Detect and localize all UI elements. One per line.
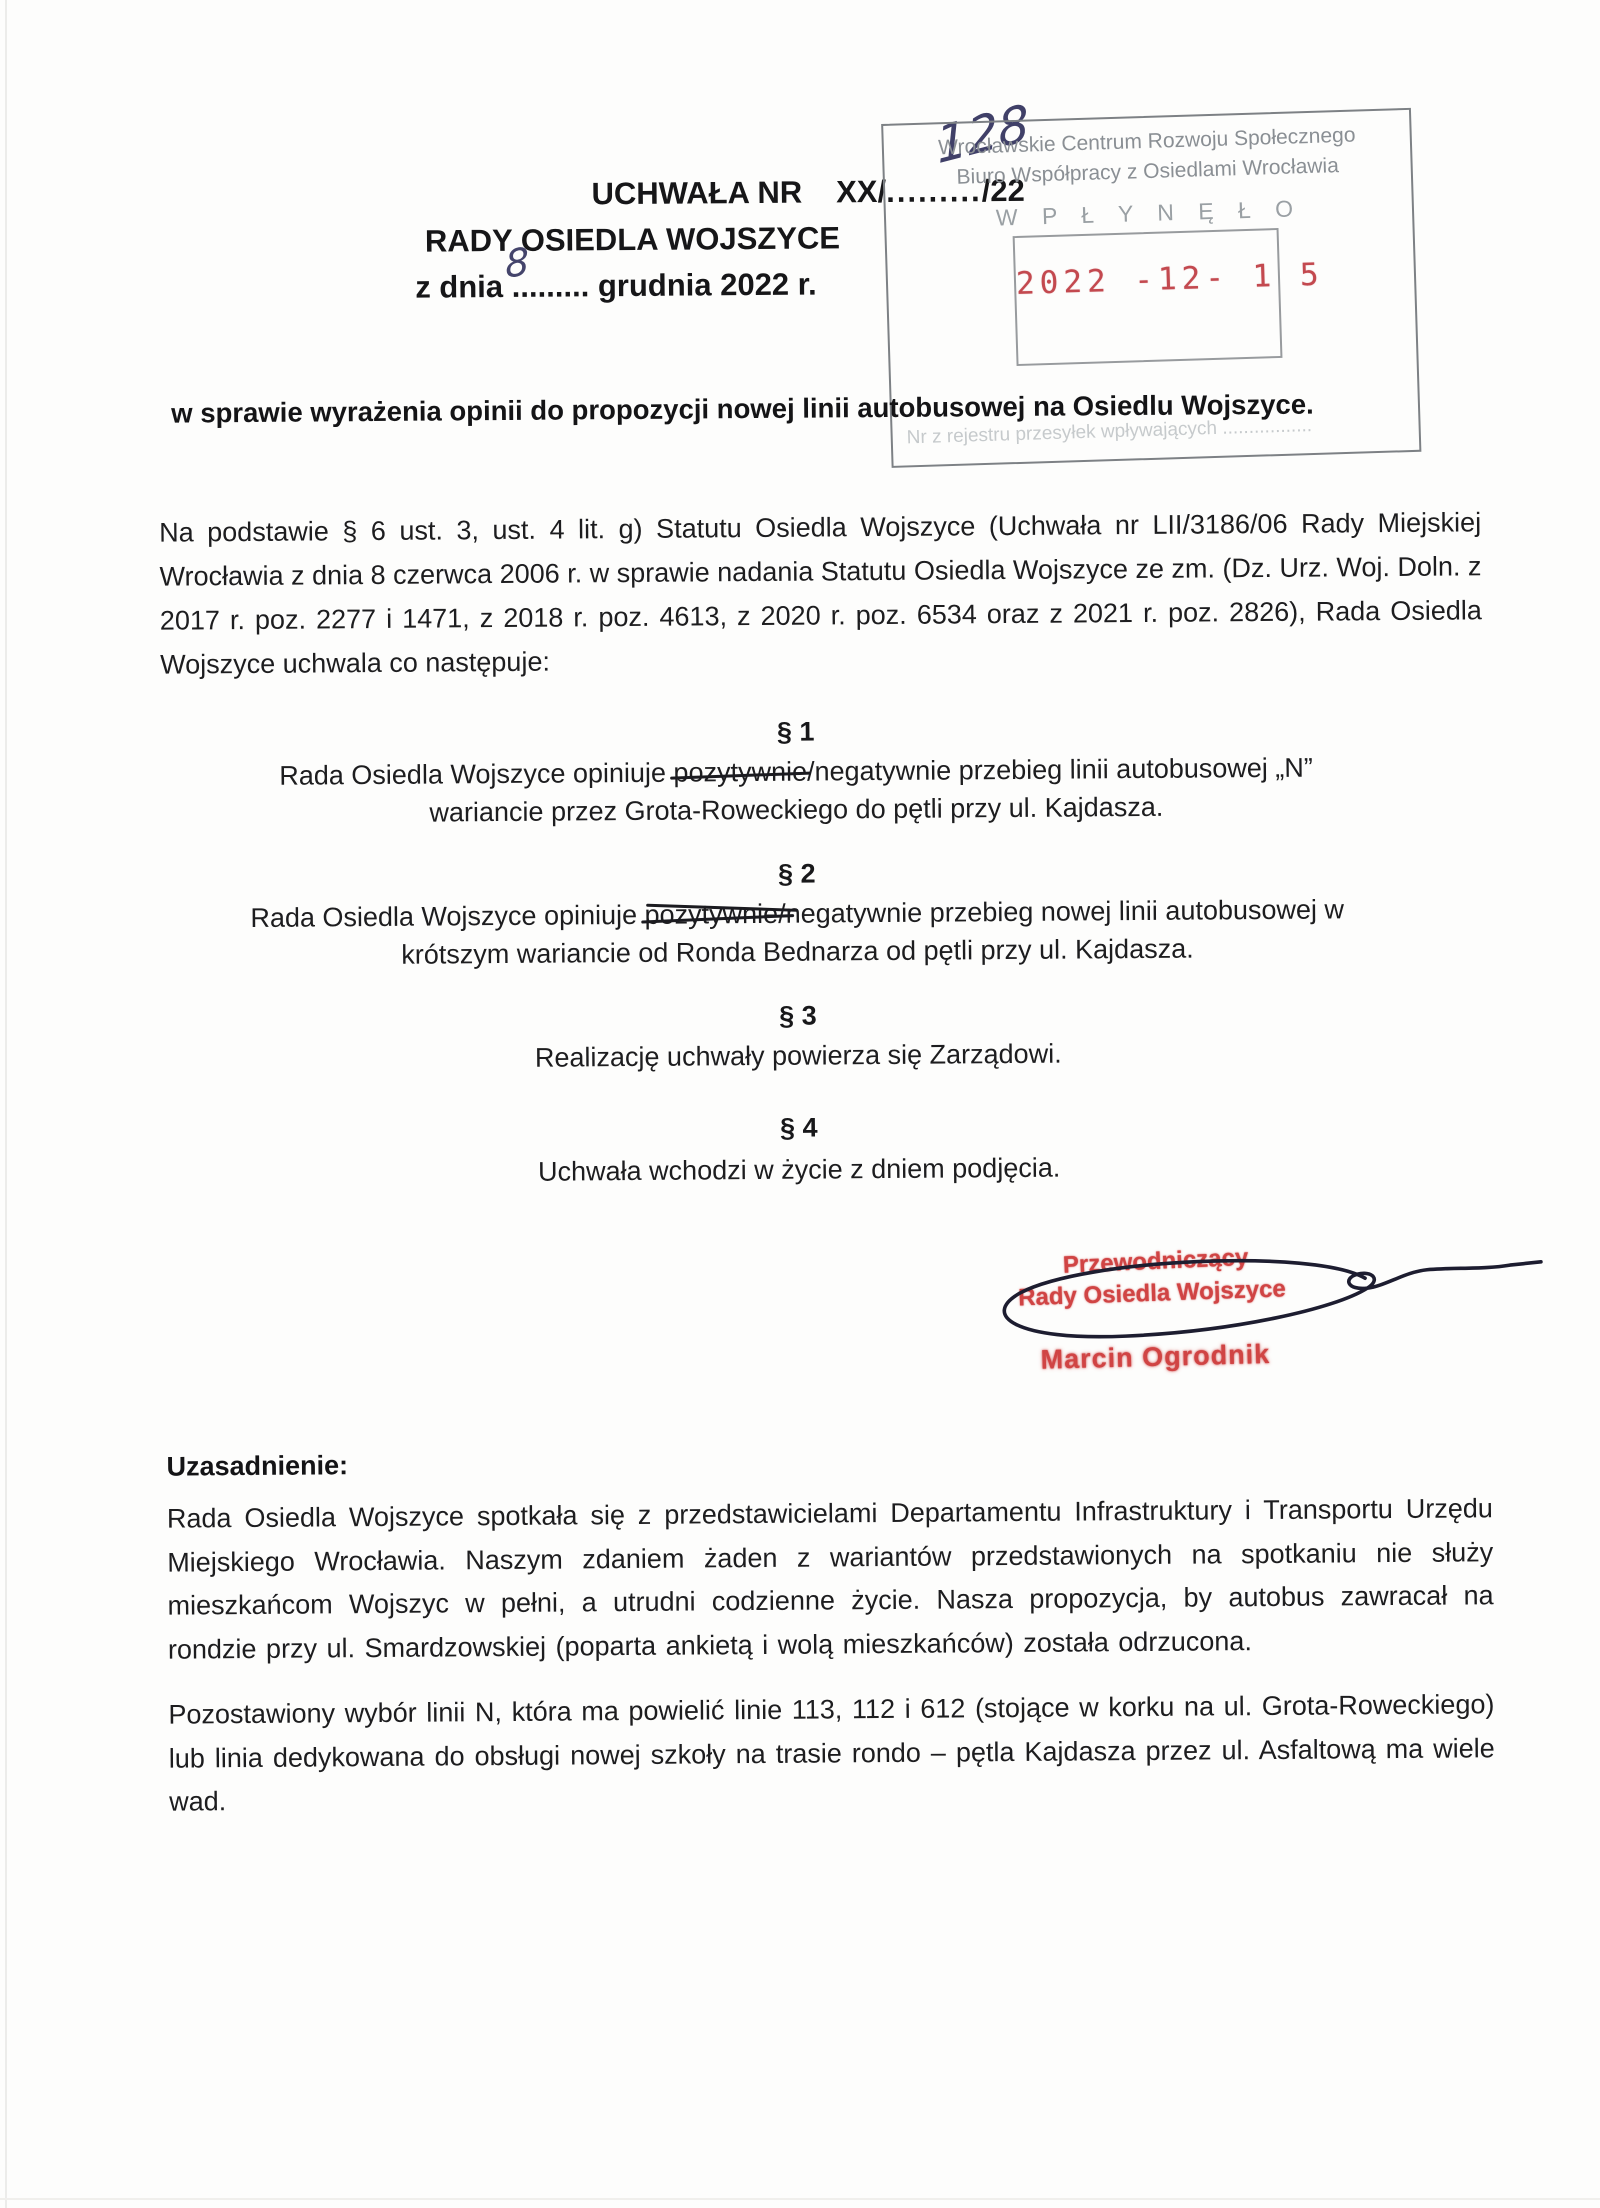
section-2-pre: Rada Osiedla Wojszyce opiniuje [250, 900, 644, 933]
stamp-received-word: W P Ł Y N Ę Ł O [886, 192, 1413, 235]
section-1-pre: Rada Osiedla Wojszyce opiniuje [279, 758, 673, 791]
section-3-text: Realizację uchwały powierza się Zarządow… [248, 1032, 1348, 1079]
resolution-title-word: UCHWAŁA NR [591, 175, 802, 212]
section-3-heading: § 3 [168, 996, 1428, 1037]
section-1-heading: § 1 [166, 712, 1426, 753]
scanned-resolution-document: Wrocławskie Centrum Rozwoju Społecznego … [0, 0, 1600, 2208]
section-2-struck-word: pozytywnie [644, 895, 778, 934]
resolution-number-prefix: XX/ [836, 174, 886, 209]
section-4-heading: § 4 [169, 1108, 1429, 1149]
section-2-text: Rada Osiedla Wojszyce opiniuje pozytywni… [247, 890, 1348, 975]
justification-label: Uzasadnienie: [166, 1450, 348, 1482]
date-pre: z dnia [415, 269, 503, 305]
date-line: z dnia ......... grudnia 2022 r. [415, 267, 817, 306]
date-post: grudnia 2022 r. [598, 267, 817, 304]
handwritten-day-number: 8 [504, 239, 530, 287]
section-2-heading: § 2 [167, 854, 1427, 895]
document-content: Wrocławskie Centrum Rozwoju Społecznego … [0, 0, 1600, 2208]
stamp-date-box: 2022 -12- 1 5 [1013, 228, 1283, 366]
legal-basis-paragraph: Na podstawie § 6 ust. 3, ust. 4 lit. g) … [159, 500, 1482, 686]
handwritten-signature-scribble [965, 1235, 1546, 1370]
section-1-text: Rada Osiedla Wojszyce opiniuje pozytywni… [246, 748, 1347, 833]
council-name-line: RADY OSIEDLA WOJSZYCE [425, 220, 840, 259]
justification-paragraph-2: Pozostawiony wybór linii N, która ma pow… [168, 1683, 1495, 1824]
section-1-struck-word: pozytywnie [673, 753, 807, 792]
section-4-text: Uchwała wchodzi w życie z dniem podjęcia… [249, 1146, 1349, 1193]
justification-paragraph-1: Rada Osiedla Wojszyce spotkała się z prz… [167, 1487, 1494, 1671]
stamp-date: 2022 -12- 1 5 [1016, 258, 1279, 302]
date-dotted-blank-right: ..... [546, 268, 589, 303]
